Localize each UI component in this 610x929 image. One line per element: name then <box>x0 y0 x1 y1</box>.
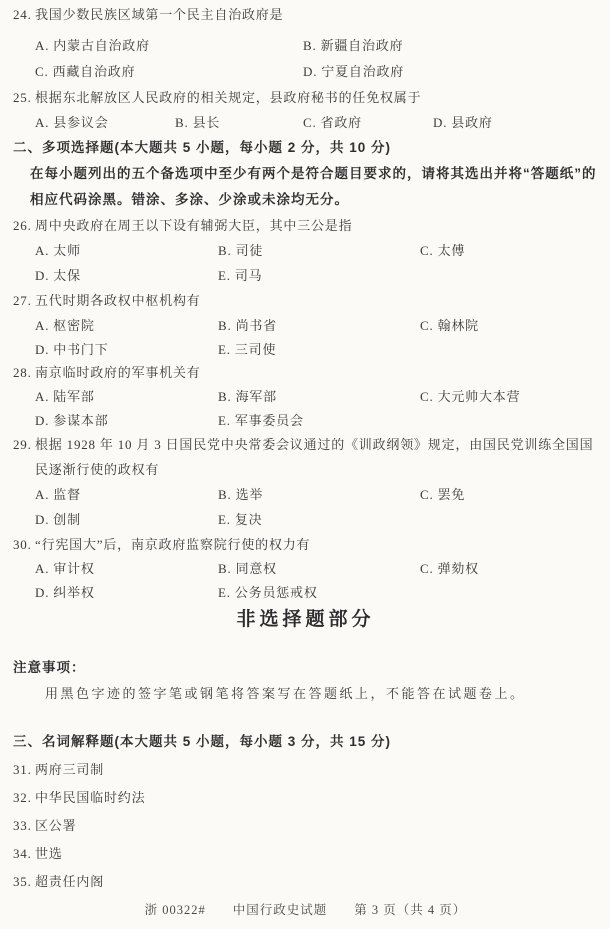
question-27-options-row-2: D. 中书门下 E. 三司使 <box>13 337 598 362</box>
question-25-stem: 根据东北解放区人民政府的相关规定，县政府秘书的任免权属于 <box>35 90 421 105</box>
option-c: C. 罢免 <box>420 482 598 507</box>
question-30-options-row-2: D. 纠举权 E. 公务员惩戒权 <box>13 580 598 605</box>
part-2-title: 非选择题部分 <box>13 606 598 634</box>
option-a: A. 太师 <box>35 238 218 263</box>
question-30: 30.“行宪国大”后，南京政府监察院行使的权力有 <box>13 532 598 557</box>
question-29-options-row-2: D. 创制 E. 复决 <box>13 507 598 532</box>
option-a: A. 县参议会 <box>35 110 175 135</box>
question-27: 27.五代时期各政权中枢机构有 <box>13 288 598 313</box>
option-a: A. 枢密院 <box>35 313 218 338</box>
option-d: D. 纠举权 <box>35 580 218 605</box>
option-b: B. 县长 <box>175 110 303 135</box>
question-33-number: 33. <box>13 813 32 838</box>
question-30-stem: “行宪国大”后，南京政府监察院行使的权力有 <box>35 537 310 552</box>
question-34: 34.世选 <box>13 841 598 866</box>
option-d: D. 创制 <box>35 507 218 532</box>
question-25-number: 25. <box>13 85 32 110</box>
question-29-number: 29. <box>13 432 32 457</box>
question-24: 24.我国少数民族区域第一个民主自治政府是 <box>13 2 598 27</box>
notice-heading: 注意事项： <box>13 655 598 680</box>
option-c: C. 弹劾权 <box>420 556 598 581</box>
option-d: D. 宁夏自治政府 <box>303 59 598 84</box>
option-e: E. 司马 <box>218 263 420 288</box>
option-e: E. 军事委员会 <box>218 408 420 433</box>
question-28: 28.南京临时政府的军事机关有 <box>13 360 598 385</box>
question-28-options-row-2: D. 参谋本部 E. 军事委员会 <box>13 408 598 433</box>
option-a: A. 监督 <box>35 482 218 507</box>
option-e: E. 复决 <box>218 507 420 532</box>
page-footer: 浙 00322# 中国行政史试题 第 3 页（共 4 页） <box>13 898 598 923</box>
option-a: A. 内蒙古自治政府 <box>35 33 303 58</box>
option-b: B. 尚书省 <box>218 313 420 338</box>
question-33-stem: 区公署 <box>35 818 76 833</box>
question-35-stem: 超责任内阁 <box>35 874 104 889</box>
question-32-stem: 中华民国临时约法 <box>35 790 145 805</box>
option-d: D. 太保 <box>35 263 218 288</box>
option-c: C. 太傅 <box>420 238 598 263</box>
option-b: B. 选举 <box>218 482 420 507</box>
question-30-options-row-1: A. 审计权 B. 同意权 C. 弹劾权 <box>13 556 598 581</box>
section-2-note-line-1: 在每小题列出的五个备选项中至少有两个是符合题目要求的，请将其选出并将“答题纸”的 <box>13 161 598 186</box>
question-27-number: 27. <box>13 288 32 313</box>
option-c: C. 省政府 <box>303 110 433 135</box>
question-26: 26.周中央政府在周王以下设有辅弼大臣，其中三公是指 <box>13 213 598 238</box>
question-29-options-row-1: A. 监督 B. 选举 C. 罢免 <box>13 482 598 507</box>
question-34-stem: 世选 <box>35 846 63 861</box>
option-d: D. 中书门下 <box>35 337 218 362</box>
question-31: 31.两府三司制 <box>13 757 598 782</box>
option-b: B. 同意权 <box>218 556 420 581</box>
question-28-options-row-1: A. 陆军部 B. 海军部 C. 大元帅大本营 <box>13 384 598 409</box>
option-b: B. 新疆自治政府 <box>303 33 598 58</box>
question-25-options-row: A. 县参议会 B. 县长 C. 省政府 D. 县政府 <box>13 110 598 135</box>
question-32-number: 32. <box>13 785 32 810</box>
question-26-options-row-2: D. 太保 E. 司马 <box>13 263 598 288</box>
question-35-number: 35. <box>13 869 32 894</box>
option-e: E. 公务员惩戒权 <box>218 580 420 605</box>
question-28-stem: 南京临时政府的军事机关有 <box>35 365 201 380</box>
option-c: C. 大元帅大本营 <box>420 384 598 409</box>
option-d: D. 参谋本部 <box>35 408 218 433</box>
question-25: 25.根据东北解放区人民政府的相关规定，县政府秘书的任免权属于 <box>13 85 598 110</box>
exam-paper-page: 24.我国少数民族区域第一个民主自治政府是 A. 内蒙古自治政府 B. 新疆自治… <box>0 0 610 929</box>
question-31-stem: 两府三司制 <box>35 762 104 777</box>
option-e: E. 三司使 <box>218 337 420 362</box>
option-d: D. 县政府 <box>433 110 598 135</box>
question-24-options-row-2: C. 西藏自治政府 D. 宁夏自治政府 <box>13 59 598 84</box>
notice-body: 用黑色字迹的签字笔或钢笔将答案写在答题纸上，不能答在试题卷上。 <box>13 681 598 706</box>
question-27-options-row-1: A. 枢密院 B. 尚书省 C. 翰林院 <box>13 313 598 338</box>
option-b: B. 司徒 <box>218 238 420 263</box>
option-b: B. 海军部 <box>218 384 420 409</box>
question-34-number: 34. <box>13 841 32 866</box>
option-c: C. 西藏自治政府 <box>35 59 303 84</box>
question-24-stem: 我国少数民族区域第一个民主自治政府是 <box>35 7 283 22</box>
question-26-number: 26. <box>13 213 32 238</box>
section-3-heading: 三、名词解释题(本大题共 5 小题，每小题 3 分，共 15 分) <box>13 729 598 754</box>
question-30-number: 30. <box>13 532 32 557</box>
question-27-stem: 五代时期各政权中枢机构有 <box>35 293 201 308</box>
section-2-note-line-2: 相应代码涂黑。错涂、多涂、少涂或未涂均无分。 <box>13 187 598 212</box>
question-31-number: 31. <box>13 757 32 782</box>
section-2-heading: 二、多项选择题(本大题共 5 小题，每小题 2 分，共 10 分) <box>13 135 598 160</box>
question-35: 35.超责任内阁 <box>13 869 598 894</box>
question-29: 29.根据 1928 年 10 月 3 日国民党中央常委会议通过的《训政纲领》规… <box>13 432 598 482</box>
option-c: C. 翰林院 <box>420 313 598 338</box>
option-a: A. 陆军部 <box>35 384 218 409</box>
option-a: A. 审计权 <box>35 556 218 581</box>
question-28-number: 28. <box>13 360 32 385</box>
question-24-number: 24. <box>13 2 32 27</box>
question-33: 33.区公署 <box>13 813 598 838</box>
question-26-options-row-1: A. 太师 B. 司徒 C. 太傅 <box>13 238 598 263</box>
question-29-stem: 根据 1928 年 10 月 3 日国民党中央常委会议通过的《训政纲领》规定，由… <box>35 437 593 477</box>
question-24-options-row-1: A. 内蒙古自治政府 B. 新疆自治政府 <box>13 33 598 58</box>
question-26-stem: 周中央政府在周王以下设有辅弼大臣，其中三公是指 <box>35 218 352 233</box>
question-32: 32.中华民国临时约法 <box>13 785 598 810</box>
